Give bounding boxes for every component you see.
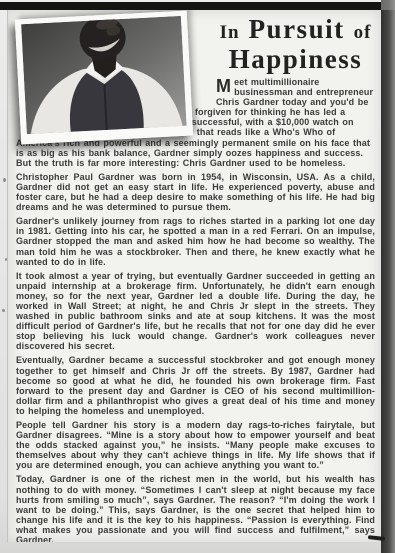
photo-wrap	[16, 13, 212, 133]
paragraph-parking-lot: Gardner's unlikely journey from rags to …	[16, 216, 375, 266]
page-right-edge-shadow	[381, 0, 395, 553]
paragraph-empower: People tell Gardner his story is a moder…	[16, 420, 375, 470]
scan-speck	[5, 258, 7, 261]
top-black-bar	[0, 2, 382, 10]
paragraph-passion: Today, Gardner is one of the richest men…	[16, 474, 375, 542]
magazine-page: In Pursuit of Happiness Meet multimillio…	[7, 10, 381, 542]
scan-speck	[2, 309, 5, 312]
page-right-edge-highlight	[381, 0, 395, 10]
title-word-happiness: Happiness	[229, 44, 363, 74]
paragraph-success: Eventually, Gardner became a successful …	[16, 355, 375, 416]
chris-gardner-portrait-photo	[15, 11, 193, 145]
title-word-in: In	[220, 22, 240, 43]
title-word-pursuit: Pursuit	[249, 14, 345, 44]
title-word-of: of	[354, 22, 372, 43]
portrait-photo-icon	[21, 16, 187, 134]
drop-cap: M	[216, 78, 231, 94]
paragraph-childhood: Christopher Paul Gardner was born in 195…	[16, 172, 375, 212]
paragraph-double-life: It took almost a year of trying, but eve…	[16, 271, 375, 352]
scanned-page-background: In Pursuit of Happiness Meet multimillio…	[0, 0, 395, 553]
scan-speck	[3, 178, 6, 182]
